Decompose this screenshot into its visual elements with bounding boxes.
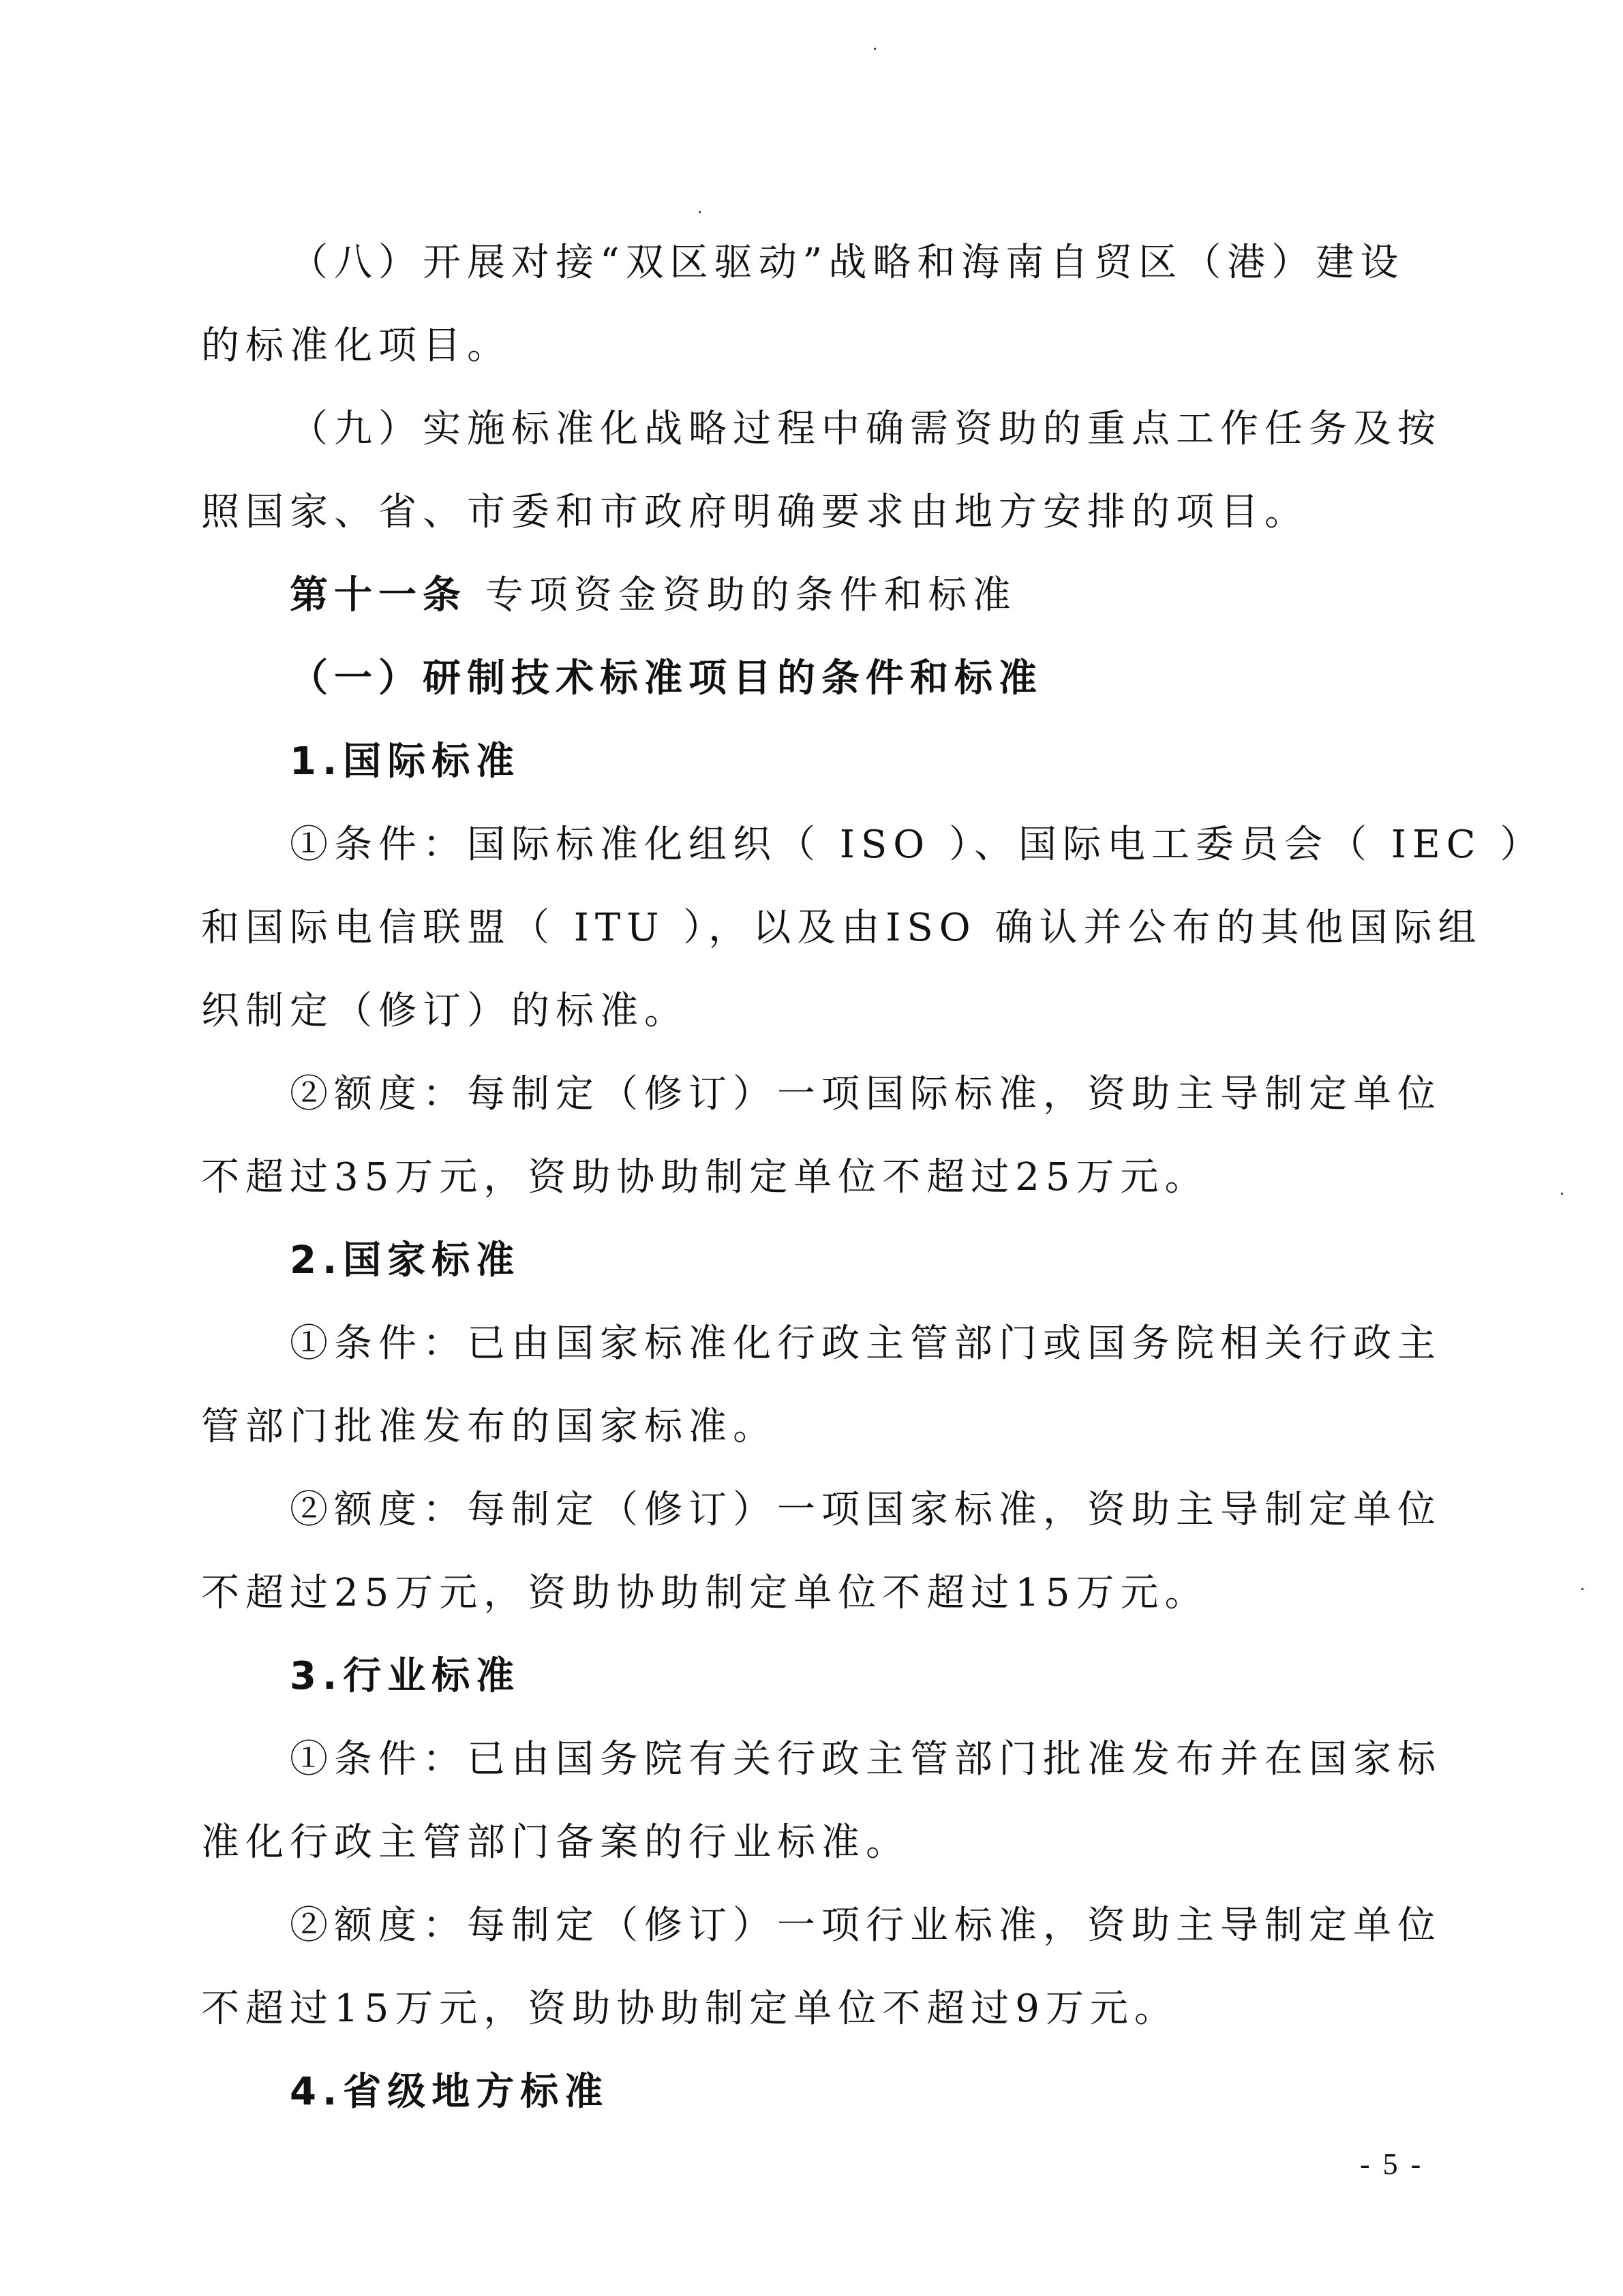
industry-quota-line-1: ②额度：每制定（修订）一项行业标准，资助主导制定单位 xyxy=(290,1901,1442,1950)
paragraph-8-line-2: 的标准化项目。 xyxy=(201,322,511,371)
intl-condition-line-2: 和国际电信联盟（ ITU ），以及由ISO 确认并公布的其他国际组 xyxy=(201,904,1482,953)
page-number: - 5 - xyxy=(1360,2147,1423,2182)
scan-speck xyxy=(874,48,876,50)
industry-quota-line-2: 不超过15万元，资助协助制定单位不超过9万元。 xyxy=(201,1985,1179,2034)
intl-condition-line-1: ①条件：国际标准化组织（ ISO ）、国际电工委员会（ IEC ） xyxy=(290,821,1544,870)
national-quota-line-1: ②额度：每制定（修订）一项国家标准，资助主导制定单位 xyxy=(290,1486,1442,1535)
heading-industry-standard: 3.行业标准 xyxy=(290,1652,520,1701)
heading-national-standard: 2.国家标准 xyxy=(290,1236,520,1285)
section-1-heading: （一）研制技术标准项目的条件和标准 xyxy=(290,654,1043,703)
paragraph-9-line-1: （九）实施标准化战略过程中确需资助的重点工作任务及按 xyxy=(290,405,1442,454)
article-title: 专项资金资助的条件和标准 xyxy=(467,573,1017,617)
scan-speck xyxy=(699,211,701,213)
heading-provincial-standard: 4.省级地方标准 xyxy=(290,2068,609,2117)
industry-condition-line-2: 准化行政主管部门备案的行业标准。 xyxy=(201,1818,910,1867)
industry-condition-line-1: ①条件：已由国务院有关行政主管部门批准发布并在国家标 xyxy=(290,1735,1442,1784)
national-condition-line-1: ①条件：已由国家标准化行政主管部门或国务院相关行政主 xyxy=(290,1319,1442,1368)
paragraph-8-line-1: （八）开展对接“双区驱动”战略和海南自贸区（港）建设 xyxy=(290,239,1404,288)
scan-speck xyxy=(1581,1588,1583,1590)
scan-speck xyxy=(1561,1193,1563,1195)
national-quota-line-2: 不超过25万元，资助协助制定单位不超过15万元。 xyxy=(201,1569,1209,1618)
intl-condition-line-3: 织制定（修订）的标准。 xyxy=(201,987,688,1036)
national-condition-line-2: 管部门批准发布的国家标准。 xyxy=(201,1403,777,1452)
intl-quota-line-1: ②额度：每制定（修订）一项国际标准，资助主导制定单位 xyxy=(290,1070,1442,1119)
article-number: 第十一条 xyxy=(290,573,467,617)
intl-quota-line-2: 不超过35万元，资助协助制定单位不超过25万元。 xyxy=(201,1153,1209,1202)
article-11-heading: 第十一条 专项资金资助的条件和标准 xyxy=(290,571,1017,620)
heading-international-standard: 1.国际标准 xyxy=(290,737,520,786)
paragraph-9-line-2: 照国家、省、市委和市政府明确要求由地方安排的项目。 xyxy=(201,488,1309,537)
